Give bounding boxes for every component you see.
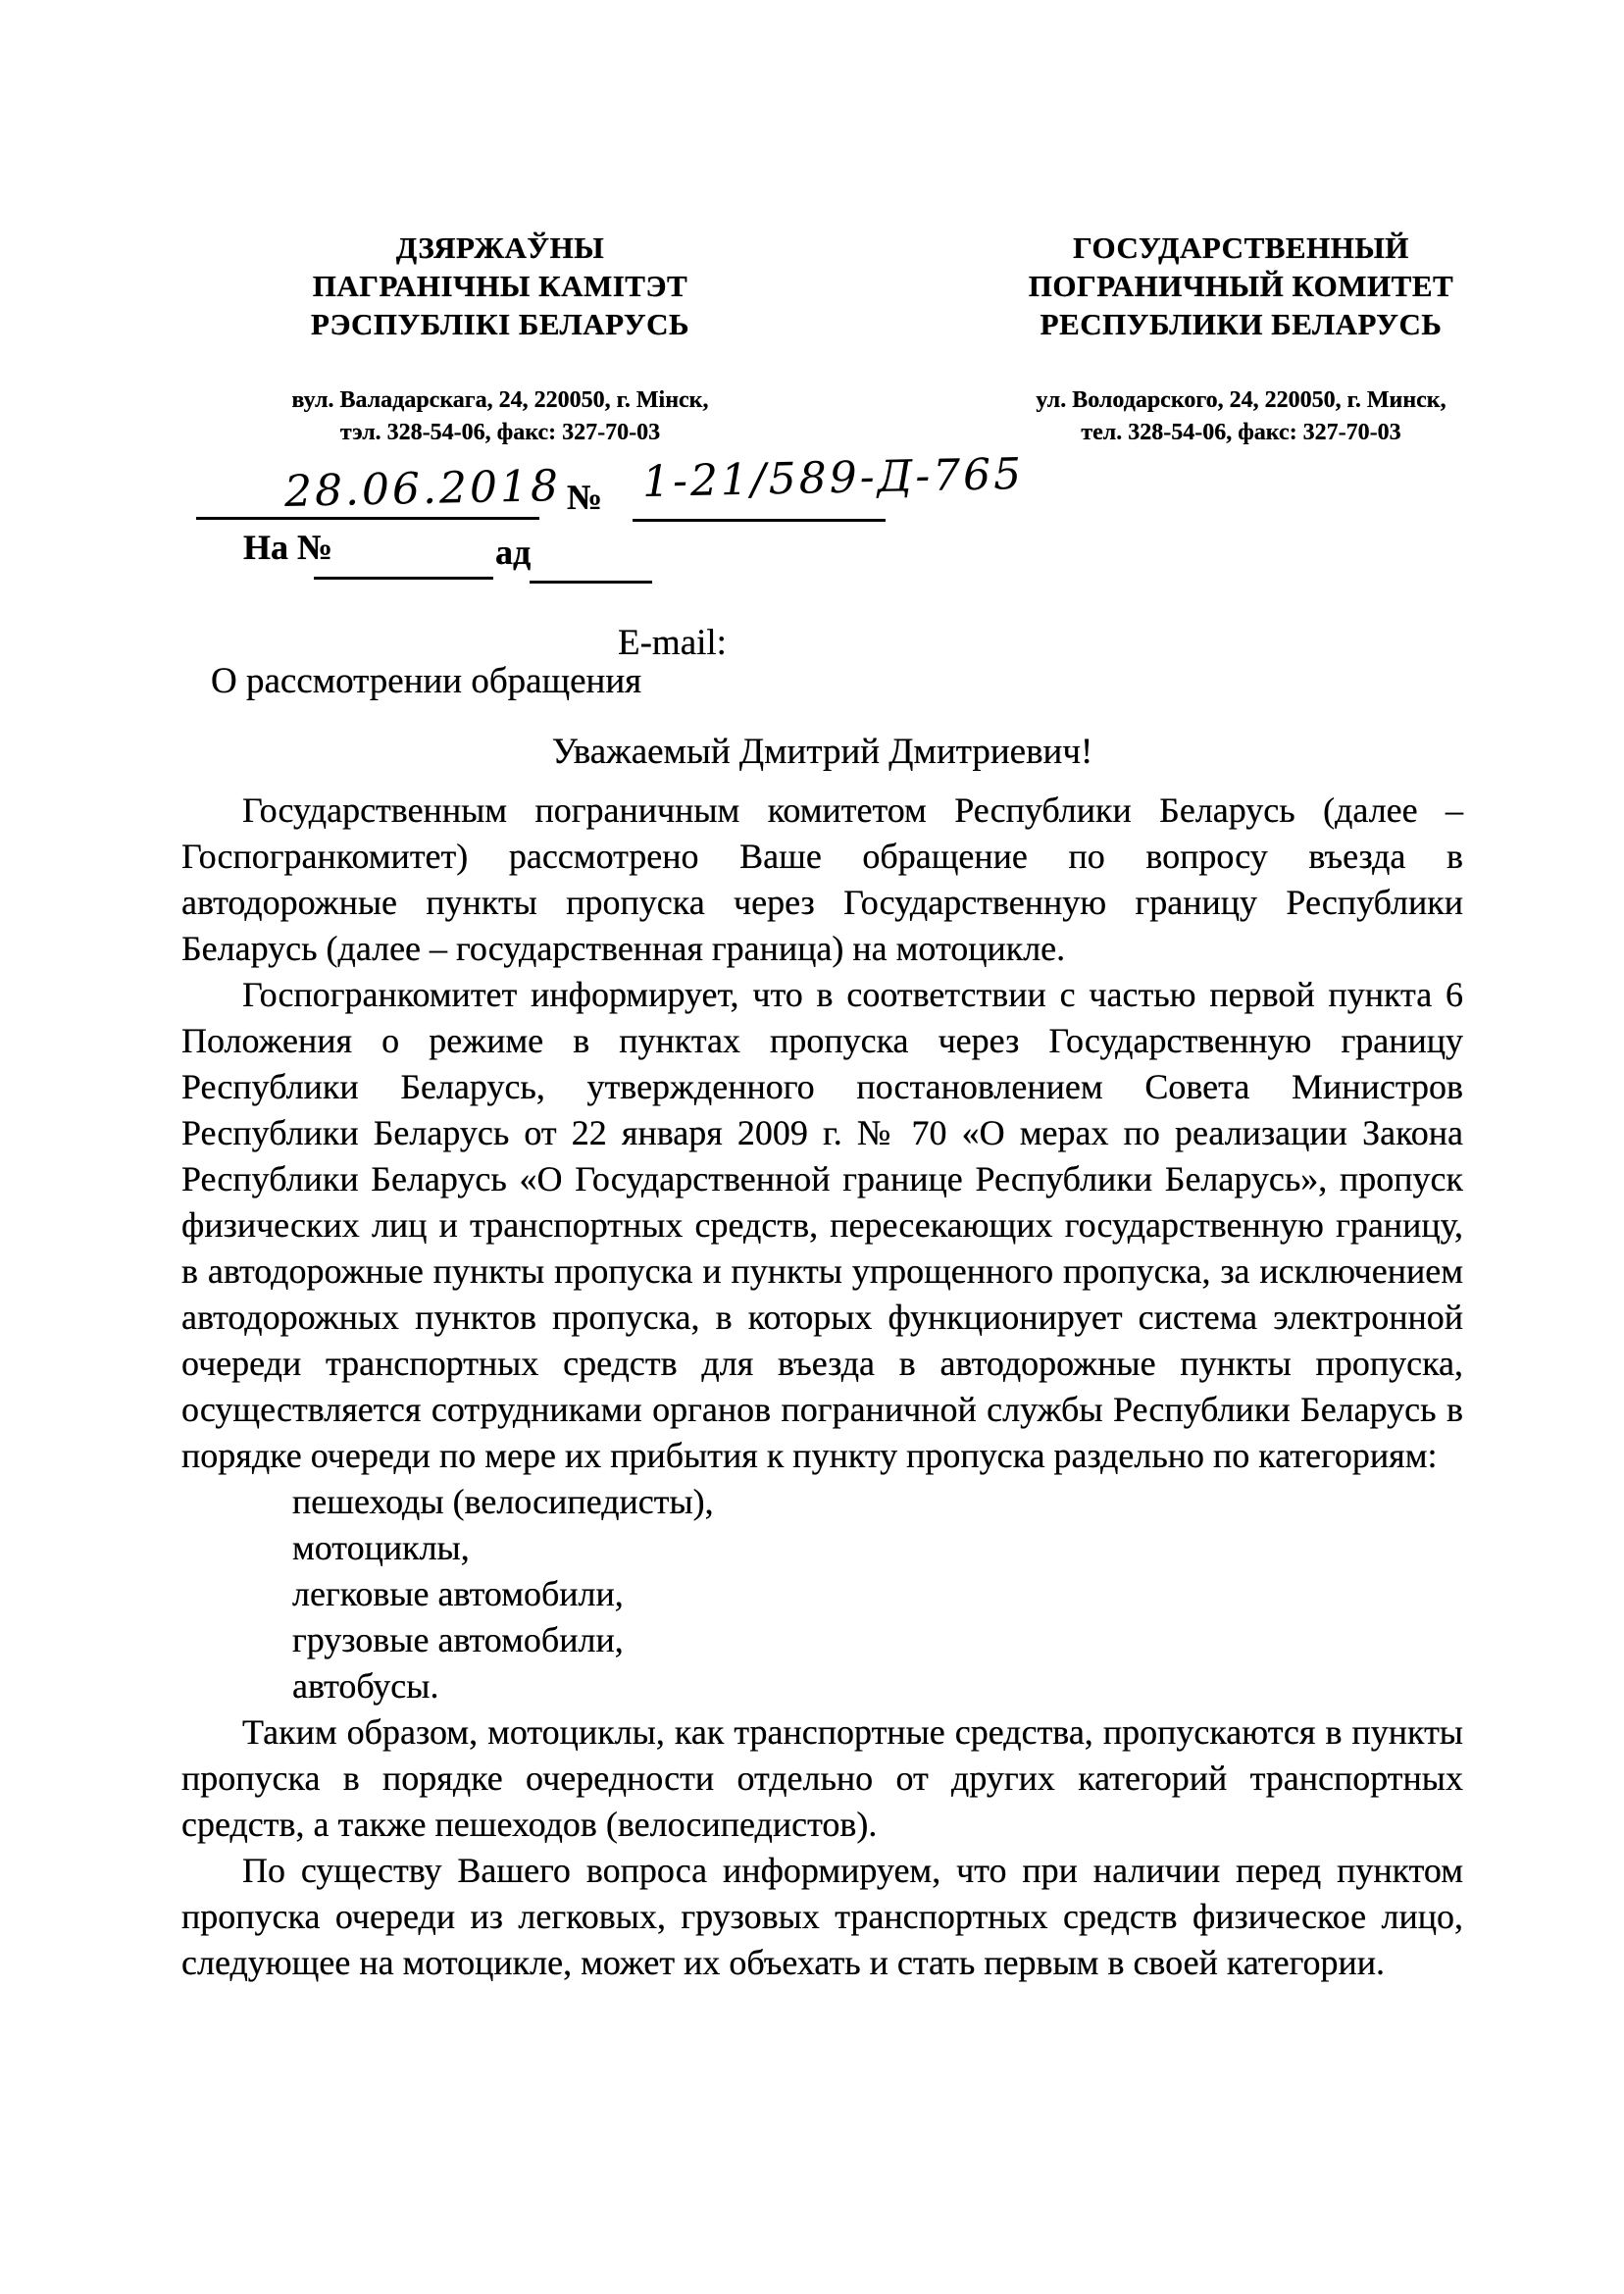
email-label: E-mail:: [618, 622, 727, 664]
address-block-left: вул. Валадарскага, 24, 220050, г. Мінск,…: [226, 384, 775, 449]
ref-date-handwritten: 28.06.2018: [283, 461, 561, 517]
paragraph-3: Таким образом, мотоциклы, как транспортн…: [181, 1709, 1463, 1848]
org-name-line: ДЗЯРЖАЎНЫ: [226, 229, 775, 267]
subject-line: О рассмотрении обращения: [211, 660, 641, 702]
category-item: мотоциклы,: [181, 1525, 1463, 1571]
category-item: автобусы.: [181, 1663, 1463, 1709]
org-name-line: РЕСПУБЛИКИ БЕЛАРУСЬ: [1008, 305, 1474, 343]
category-item: грузовые автомобили,: [181, 1617, 1463, 1663]
reply-from-underline: [530, 581, 652, 584]
salutation: Уважаемый Дмитрий Дмитриевич!: [181, 731, 1463, 773]
letterhead-left: ДЗЯРЖАЎНЫ ПАГРАНІЧНЫ КАМІТЭТ РЭСПУБЛІКІ …: [226, 229, 775, 449]
reply-from-label: ад: [495, 532, 531, 573]
org-name-line: ПАГРАНІЧНЫ КАМІТЭТ: [226, 267, 775, 305]
org-name-line: РЭСПУБЛІКІ БЕЛАРУСЬ: [226, 305, 775, 343]
date-underline: [196, 517, 539, 520]
address-line: тел. 328-54-06, факс: 327-70-03: [1008, 417, 1474, 449]
paragraph-1: Государственным пограничным комитетом Ре…: [181, 788, 1463, 972]
address-line: тэл. 328-54-06, факс: 327-70-03: [226, 417, 775, 449]
ref-number-handwritten: 1-21/589-Д-765: [642, 449, 1025, 507]
paragraph-2: Госпогранкомитет информирует, что в соот…: [181, 972, 1463, 1479]
reply-number-underline: [314, 577, 493, 580]
number-underline: [633, 519, 886, 522]
address-block-right: ул. Володарского, 24, 220050, г. Минск, …: [1008, 384, 1474, 449]
paragraph-4: По существу Вашего вопроса информируем, …: [181, 1848, 1463, 1986]
ref-number-label: №: [567, 477, 602, 518]
address-line: вул. Валадарскага, 24, 220050, г. Мінск,: [226, 384, 775, 417]
category-list: пешеходы (велосипедисты), мотоциклы, лег…: [181, 1479, 1463, 1709]
org-name-line: ГОСУДАРСТВЕННЫЙ: [1008, 229, 1474, 267]
letter-body: Государственным пограничным комитетом Ре…: [181, 788, 1463, 1986]
scanned-letter-page: ДЗЯРЖАЎНЫ ПАГРАНІЧНЫ КАМІТЭТ РЭСПУБЛІКІ …: [0, 0, 1624, 2294]
org-name-line: ПОГРАНИЧНЫЙ КОМИТЕТ: [1008, 267, 1474, 305]
category-item: пешеходы (велосипедисты),: [181, 1479, 1463, 1525]
letterhead-right: ГОСУДАРСТВЕННЫЙ ПОГРАНИЧНЫЙ КОМИТЕТ РЕСП…: [1008, 229, 1474, 449]
category-item: легковые автомобили,: [181, 1571, 1463, 1617]
address-line: ул. Володарского, 24, 220050, г. Минск,: [1008, 384, 1474, 417]
reply-number-label: На №: [243, 527, 332, 568]
